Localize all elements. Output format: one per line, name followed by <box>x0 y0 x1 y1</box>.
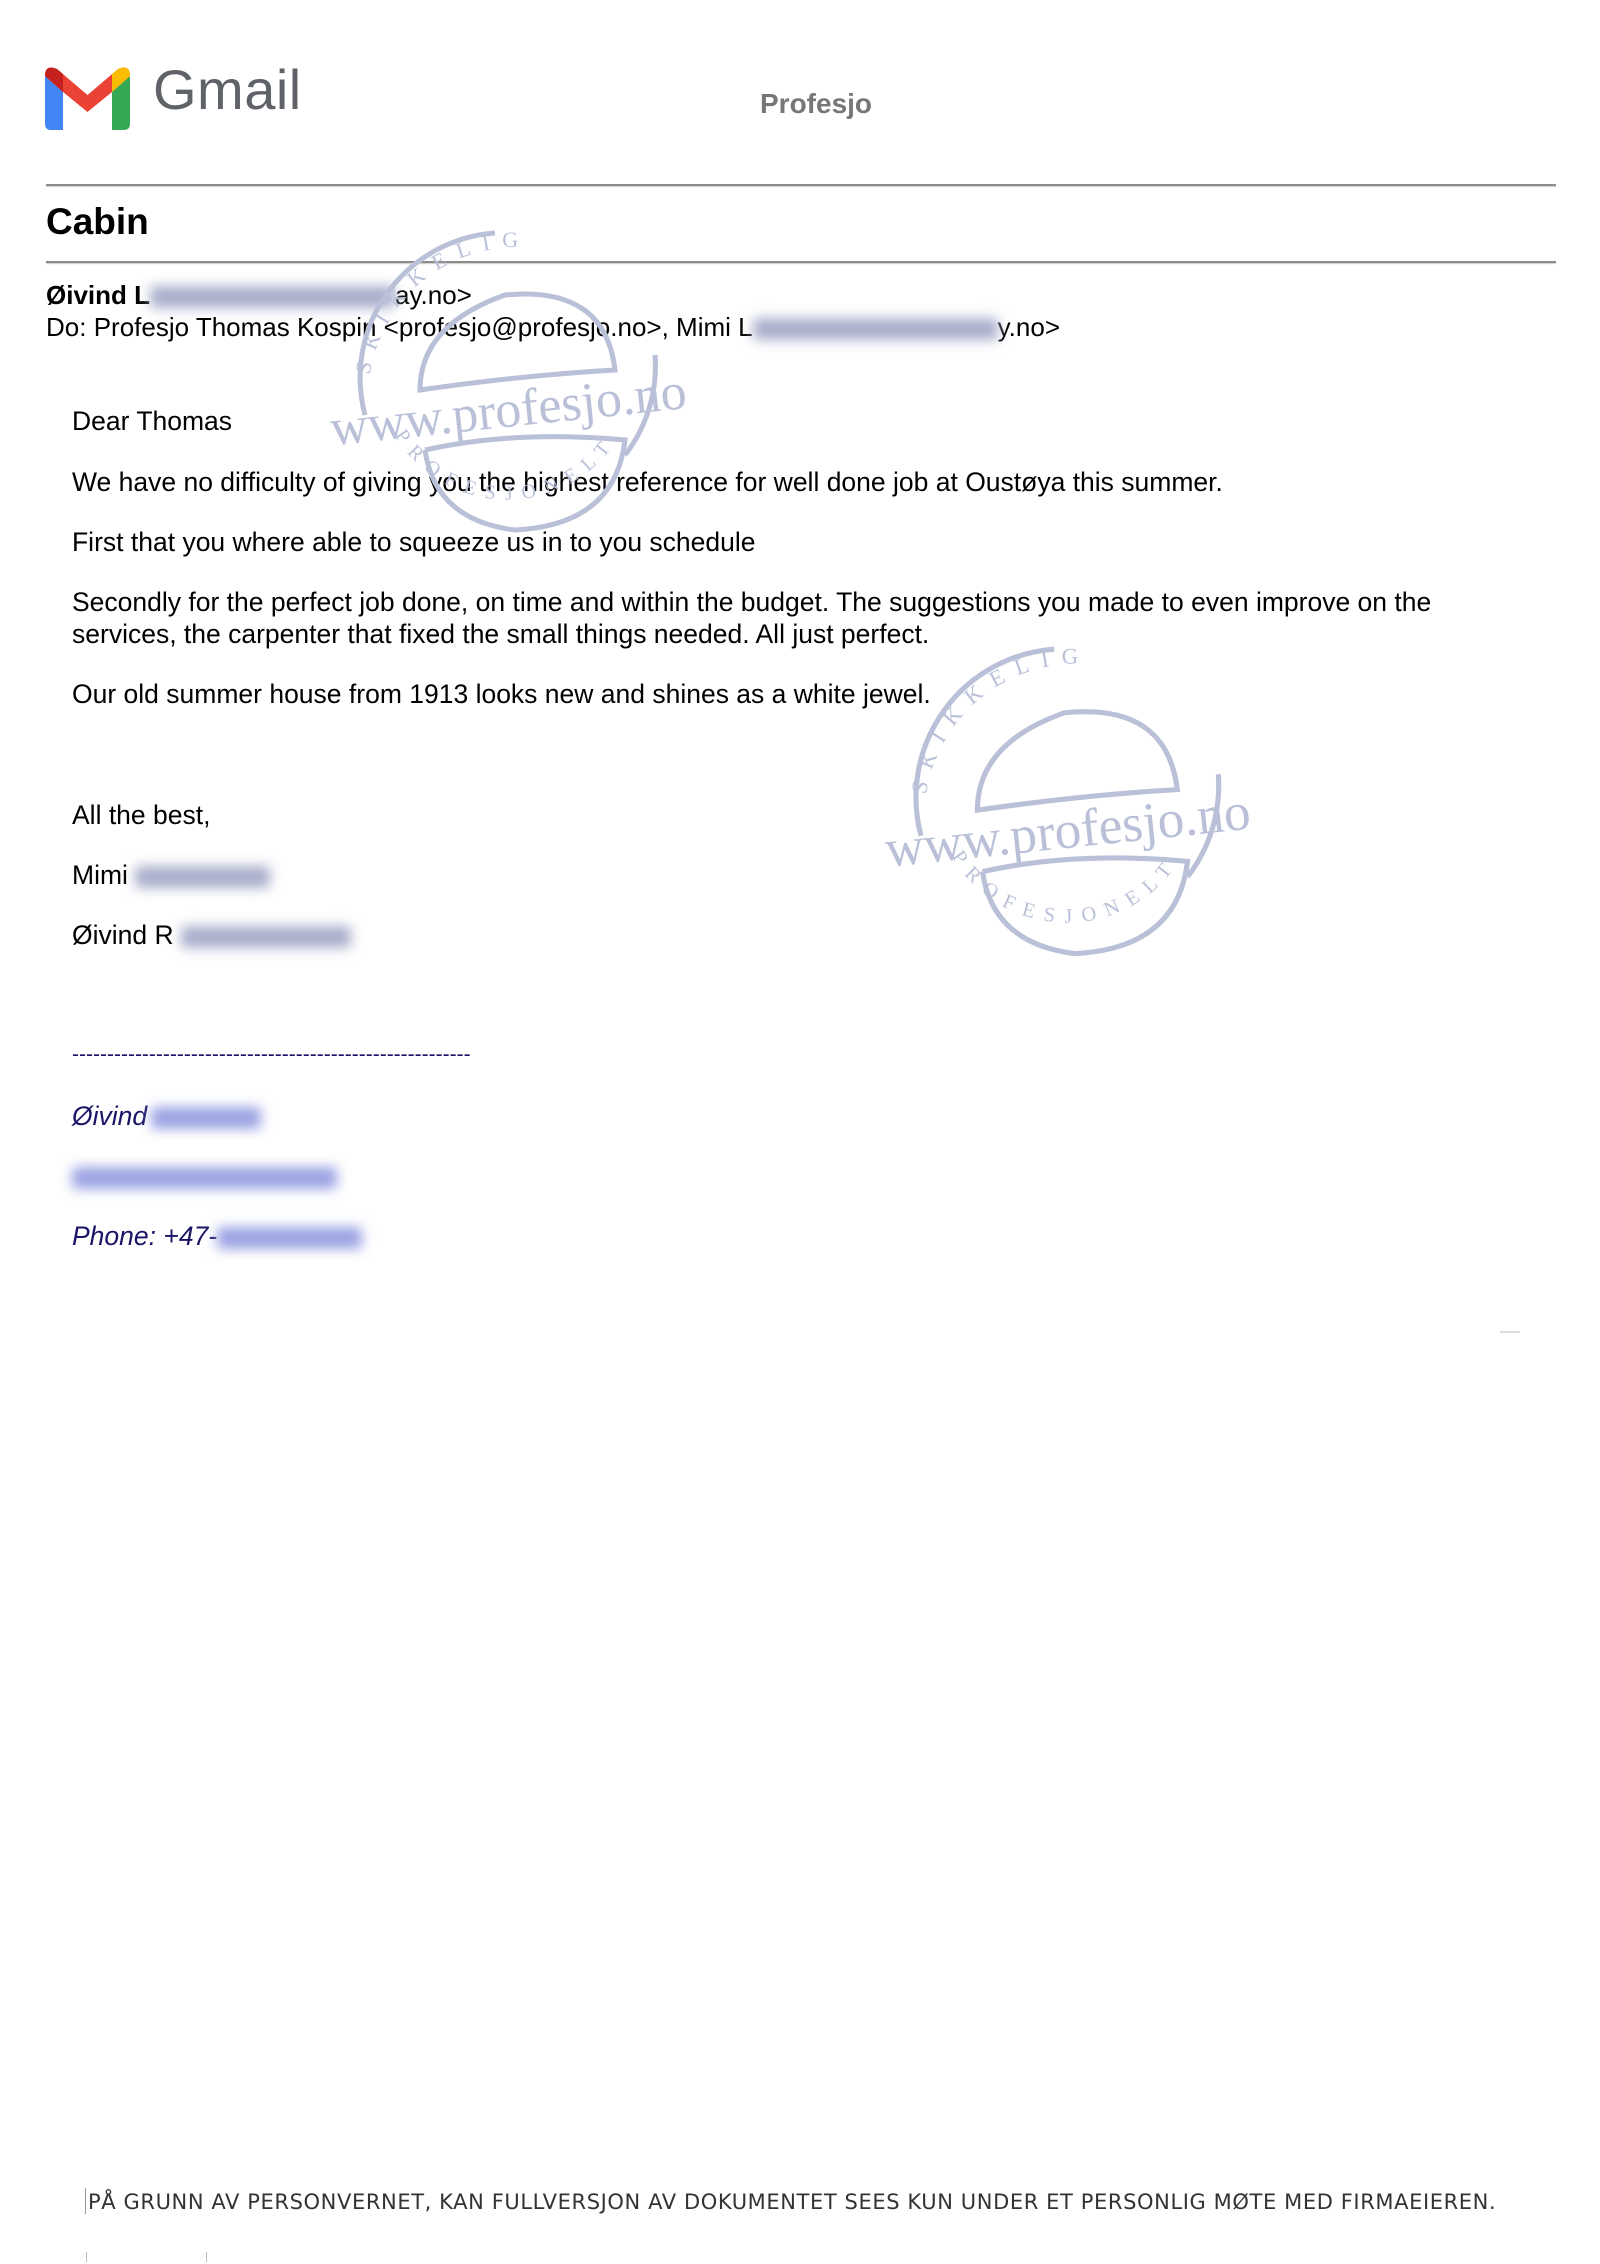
greeting: Dear Thomas <box>72 405 1522 437</box>
closing: All the best, <box>72 799 1522 831</box>
redacted-surname <box>135 866 270 888</box>
body-paragraph: First that you where able to squeeze us … <box>72 526 1522 558</box>
signature-name-visible: Øivind <box>72 1101 147 1131</box>
phone-prefix: Phone: +47- <box>72 1221 217 1251</box>
redacted-surname <box>181 926 351 948</box>
redacted-signature-surname <box>151 1107 261 1129</box>
to-prefix: Do: <box>46 312 94 342</box>
sender-name: Øivind L <box>46 280 150 310</box>
signer-1: Mimi <box>72 859 1522 891</box>
redacted-recipient-address <box>753 318 998 340</box>
recipient-2-tail: y.no> <box>998 312 1060 342</box>
redacted-phone <box>217 1227 362 1249</box>
signature-phone: Phone: +47- <box>72 1220 362 1252</box>
gmail-wordmark: Gmail <box>153 62 302 118</box>
signature-name: Øivind <box>72 1100 261 1132</box>
body-paragraph: We have no difficulty of giving you the … <box>72 466 1522 498</box>
signature-separator: ----------------------------------------… <box>72 1043 471 1067</box>
divider-top <box>46 184 1556 186</box>
signer-1-name: Mimi <box>72 860 128 890</box>
footer-tick <box>206 2252 207 2262</box>
privacy-notice: PÅ GRUNN AV PERSONVERNET, KAN FULLVERSJO… <box>88 2190 1496 2214</box>
from-line: Øivind Lay.no> <box>46 279 472 311</box>
signer-2: Øivind R <box>72 919 1522 951</box>
redacted-sender-address <box>150 286 395 308</box>
faint-mark <box>1500 1331 1520 1333</box>
gmail-m-logo-icon <box>45 66 130 130</box>
account-name: Profesjo <box>760 88 872 120</box>
redacted-company <box>72 1167 337 1189</box>
sender-address-tail: ay.no> <box>395 280 472 310</box>
email-subject: Cabin <box>46 200 149 244</box>
svg-text:SKIKKELIG: SKIKKELIG <box>906 643 1090 796</box>
recipient-2[interactable]: Mimi L <box>676 312 753 342</box>
footer-cursor-bar <box>85 2188 86 2214</box>
signature-company <box>72 1160 337 1192</box>
signer-2-name: Øivind R <box>72 920 174 950</box>
recipient-1[interactable]: Profesjo Thomas Kospin <profesjo@profesj… <box>94 312 676 342</box>
body-paragraph: Our old summer house from 1913 looks new… <box>72 678 1522 710</box>
to-line: Do: Profesjo Thomas Kospin <profesjo@pro… <box>46 311 1060 343</box>
divider-subject <box>46 261 1556 263</box>
body-paragraph: Secondly for the perfect job done, on ti… <box>72 586 1522 650</box>
footer-tick <box>86 2252 87 2262</box>
